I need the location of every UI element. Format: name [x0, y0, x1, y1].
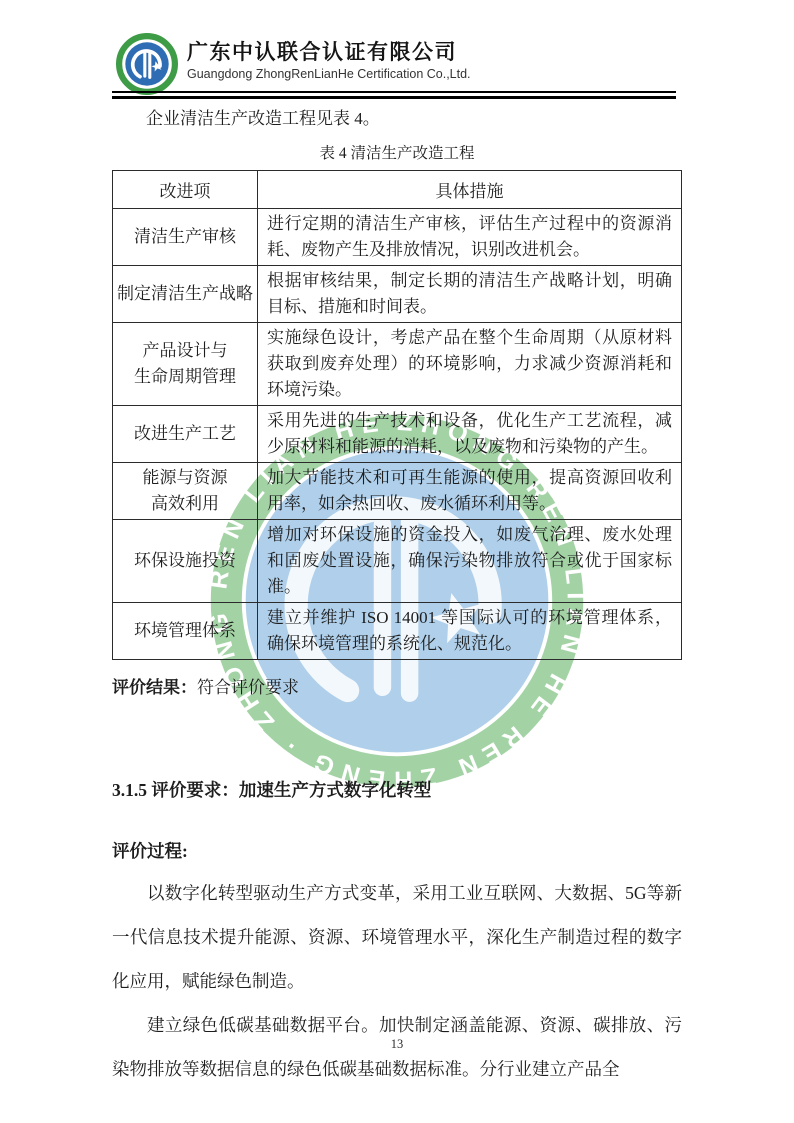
cell-improvement: 环境管理体系: [113, 603, 258, 660]
header-divider: [112, 91, 676, 99]
body-paragraph: 以数字化转型驱动生产方式变革，采用工业互联网、大数据、5G等新一代信息技术提升能…: [112, 871, 682, 1003]
company-name-en: Guangdong ZhongRenLianHe Certification C…: [187, 67, 471, 81]
process-label: 评价过程:: [112, 838, 682, 863]
column-header-improvement: 改进项: [113, 171, 258, 209]
cell-improvement: 环保设施投资: [113, 520, 258, 603]
cell-measure: 增加对环保设施的资金投入，如废气治理、废水处理和固废处置设施，确保污染物排放符合…: [258, 520, 682, 603]
section-heading: 3.1.5 评价要求：加速生产方式数字化转型: [112, 777, 682, 802]
table-row: 制定清洁生产战略 根据审核结果，制定长期的清洁生产战略计划，明确目标、措施和时间…: [113, 266, 682, 323]
cell-measure: 实施绿色设计，考虑产品在整个生命周期（从原材料获取到废弃处理）的环境影响，力求减…: [258, 323, 682, 406]
result-value: 符合评价要求: [197, 678, 299, 697]
table-row: 能源与资源 高效利用 加大节能技术和可再生能源的使用，提高资源回收利用率，如余热…: [113, 463, 682, 520]
table-row: 清洁生产审核 进行定期的清洁生产审核，评估生产过程中的资源消耗、废物产生及排放情…: [113, 209, 682, 266]
table-row: 改进生产工艺 采用先进的生产技术和设备，优化生产工艺流程，减少原材料和能源的消耗…: [113, 406, 682, 463]
cell-improvement: 能源与资源 高效利用: [113, 463, 258, 520]
evaluation-result-line: 评价结果：符合评价要求: [112, 675, 682, 701]
company-logo-icon: [116, 33, 178, 95]
page-content: 企业清洁生产改造工程见表 4。 表 4 清洁生产改造工程 改进项 具体措施 清洁…: [112, 106, 682, 1091]
cell-measure: 进行定期的清洁生产审核，评估生产过程中的资源消耗、废物产生及排放情况，识别改进机…: [258, 209, 682, 266]
company-name: 广东中认联合认证有限公司: [187, 36, 457, 66]
column-header-measure: 具体措施: [258, 171, 682, 209]
cell-measure: 根据审核结果，制定长期的清洁生产战略计划，明确目标、措施和时间表。: [258, 266, 682, 323]
cell-measure: 采用先进的生产技术和设备，优化生产工艺流程，减少原材料和能源的消耗，以及废物和污…: [258, 406, 682, 463]
cell-improvement: 清洁生产审核: [113, 209, 258, 266]
table-row: 产品设计与 生命周期管理 实施绿色设计，考虑产品在整个生命周期（从原材料获取到废…: [113, 323, 682, 406]
intro-paragraph: 企业清洁生产改造工程见表 4。: [112, 106, 682, 132]
cell-improvement: 制定清洁生产战略: [113, 266, 258, 323]
cell-measure: 建立并维护 ISO 14001 等国际认可的环境管理体系，确保环境管理的系统化、…: [258, 603, 682, 660]
table-header-row: 改进项 具体措施: [113, 171, 682, 209]
document-page: ZHONG REN LIAN HE REN ZHENG · ZHONG REN …: [0, 0, 794, 1123]
table-row: 环保设施投资 增加对环保设施的资金投入，如废气治理、废水处理和固废处置设施，确保…: [113, 520, 682, 603]
cell-measure: 加大节能技术和可再生能源的使用，提高资源回收利用率，如余热回收、废水循环利用等。: [258, 463, 682, 520]
table-row: 环境管理体系 建立并维护 ISO 14001 等国际认可的环境管理体系，确保环境…: [113, 603, 682, 660]
table-caption: 表 4 清洁生产改造工程: [112, 141, 682, 163]
cell-improvement: 改进生产工艺: [113, 406, 258, 463]
result-label: 评价结果：: [112, 678, 197, 697]
page-number: 13: [0, 1037, 794, 1052]
clean-production-table: 改进项 具体措施 清洁生产审核 进行定期的清洁生产审核，评估生产过程中的资源消耗…: [112, 170, 682, 660]
cell-improvement: 产品设计与 生命周期管理: [113, 323, 258, 406]
